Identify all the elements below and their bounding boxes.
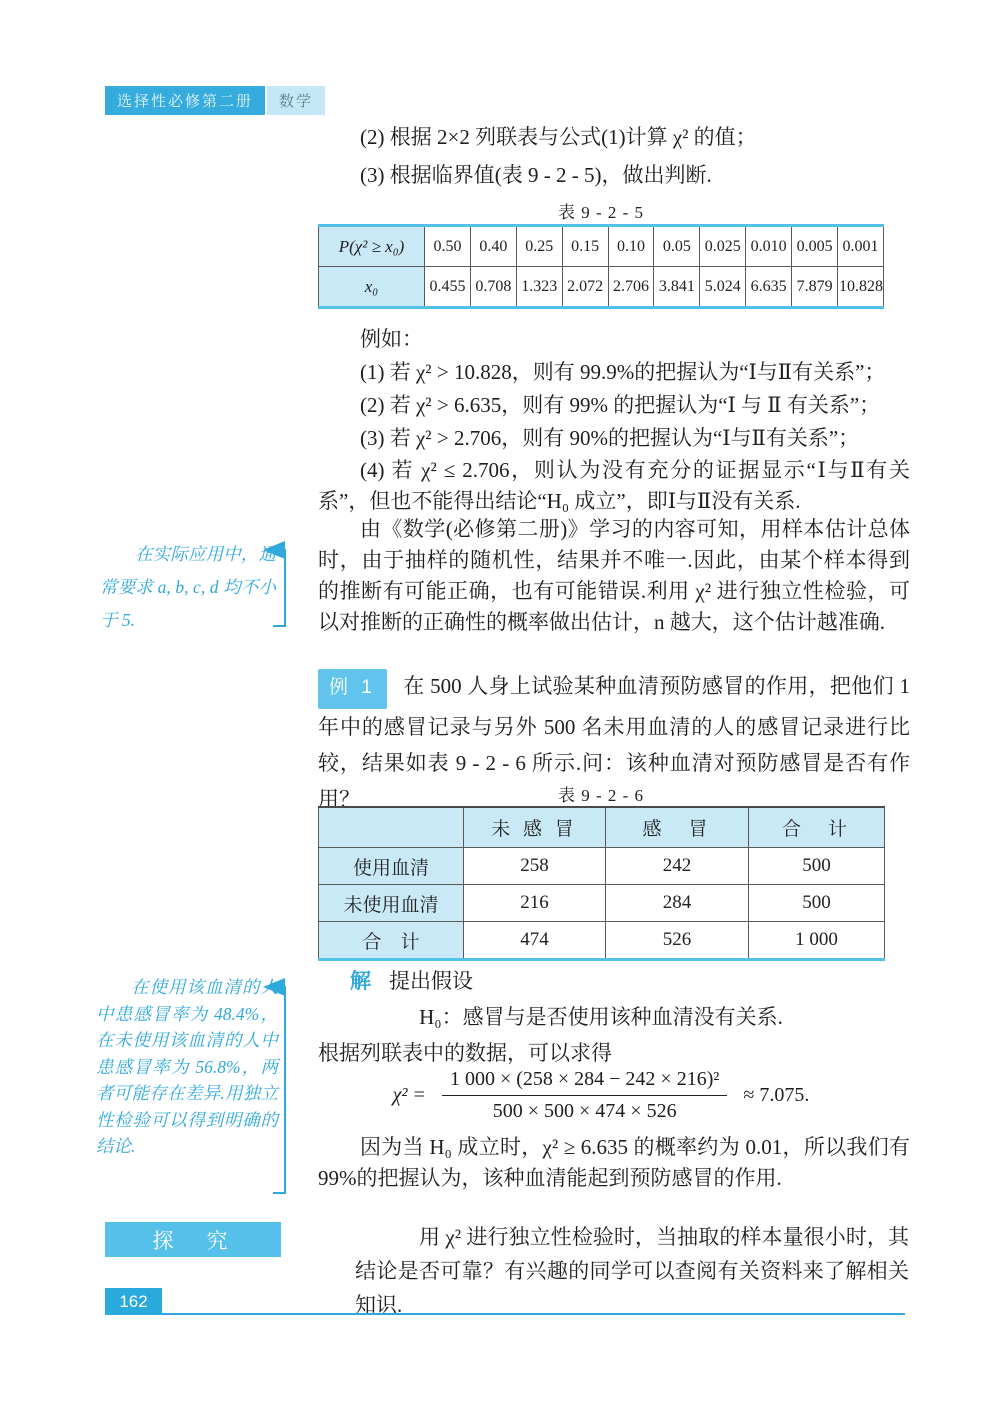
intro-step-2: (2) 根据 2×2 列联表与公式(1)计算 χ² 的值； <box>318 122 910 153</box>
prob-cell: 0.25 <box>516 226 562 267</box>
solution-conclusion: 因为当 H₀ 成立时，χ² ≥ 6.635 的概率约为 0.01，所以我们有 9… <box>318 1132 910 1194</box>
hypothesis-line: H₀：感冒与是否使用该种血清没有关系. <box>318 1002 884 1033</box>
header-badges: 选择性必修第二册 数学 <box>105 86 325 115</box>
x0-header-cell: x₀ <box>319 267 425 308</box>
solution-lead: 根据列联表中的数据，可以求得 <box>318 1038 910 1069</box>
prob-cell: 0.001 <box>838 226 884 267</box>
explore-paragraph: 用 χ² 进行独立性检验时，当抽取的样本量很小时，其结论是否可靠？有兴趣的同学可… <box>355 1220 909 1322</box>
data-cell: 242 <box>606 848 749 885</box>
x0-cell: 2.072 <box>562 267 608 308</box>
table-9-2-6-caption: 表 9 - 2 - 6 <box>318 781 884 806</box>
x0-cell: 10.828 <box>838 267 884 308</box>
prob-cell: 0.005 <box>792 226 838 267</box>
note-bracket <box>262 541 286 627</box>
prob-cell: 0.15 <box>562 226 608 267</box>
solution-heading: 解提出假设 <box>350 966 910 997</box>
footer-line <box>162 1313 905 1315</box>
row-label: 合 计 <box>319 922 464 960</box>
data-cell: 216 <box>464 885 606 922</box>
data-cell: 500 <box>749 848 885 885</box>
x0-cell: 6.635 <box>746 267 792 308</box>
margin-note-2: 在使用该血清的人中患感冒率为 48.4%，在未使用该血清的人中患感冒率为 56.… <box>96 974 278 1160</box>
flag-icon <box>263 541 285 559</box>
table-row: 未使用血清 216 284 500 <box>319 885 885 922</box>
col-header-total: 合 计 <box>749 807 885 848</box>
solution-step-title: 提出假设 <box>389 969 473 993</box>
x0-cell: 7.879 <box>792 267 838 308</box>
example-item-2: (2) 若 χ² > 6.635，则有 99% 的把握认为“Ⅰ 与 Ⅱ 有关系”… <box>318 390 910 421</box>
margin-note-1: 在实际应用中，通常要求 a, b, c, d 均不小于 5. <box>100 538 276 637</box>
example-1-badge: 例 1 <box>318 669 387 709</box>
data-cell: 1 000 <box>749 922 885 960</box>
table-row: x₀ 0.455 0.708 1.323 2.072 2.706 3.841 5… <box>319 267 884 308</box>
table-9-2-6: 未 感 冒 感 冒 合 计 使用血清 258 242 500 未使用血清 216… <box>318 806 885 961</box>
data-cell: 284 <box>606 885 749 922</box>
table-9-2-5: P(χ² ≥ x₀) 0.50 0.40 0.25 0.15 0.10 0.05… <box>318 224 884 309</box>
prob-cell: 0.40 <box>470 226 516 267</box>
col-header-no-cold: 未 感 冒 <box>464 807 606 848</box>
prob-header-cell: P(χ² ≥ x₀) <box>319 226 425 267</box>
data-cell: 258 <box>464 848 606 885</box>
example-item-3: (3) 若 χ² > 2.706，则有 90%的把握认为“Ⅰ与Ⅱ有关系”； <box>318 423 910 454</box>
col-header-cold: 感 冒 <box>606 807 749 848</box>
x0-cell: 3.841 <box>654 267 700 308</box>
prob-cell: 0.50 <box>425 226 471 267</box>
chi-square-formula: χ² = 1 000 × (258 × 284 − 242 × 216)² 50… <box>318 1068 884 1123</box>
formula-fraction: 1 000 × (258 × 284 − 242 × 216)² 500 × 5… <box>442 1068 727 1123</box>
flag-icon <box>263 978 285 996</box>
data-cell: 500 <box>749 885 885 922</box>
table-row: 合 计 474 526 1 000 <box>319 922 885 960</box>
subject-badge: 数学 <box>267 86 325 115</box>
note-bracket <box>262 978 286 1194</box>
intro-step-3: (3) 根据临界值(表 9 - 2 - 5)，做出判断. <box>318 160 910 191</box>
margin-note-1-text: 在实际应用中，通常要求 a, b, c, d 均不小于 5. <box>100 538 276 637</box>
x0-cell: 5.024 <box>700 267 746 308</box>
x0-cell: 0.708 <box>470 267 516 308</box>
table-9-2-5-caption: 表 9 - 2 - 5 <box>318 198 884 223</box>
x0-cell: 1.323 <box>516 267 562 308</box>
formula-lhs: χ² = <box>393 1084 426 1107</box>
explore-box: 探 究 <box>105 1222 281 1257</box>
example-item-1: (1) 若 χ² > 10.828，则有 99.9%的把握认为“Ⅰ与Ⅱ有关系”； <box>318 357 910 388</box>
textbook-page: 选择性必修第二册 数学 (2) 根据 2×2 列联表与公式(1)计算 χ² 的值… <box>0 0 1000 1402</box>
solution-label: 解 <box>350 969 371 993</box>
formula-numerator: 1 000 × (258 × 284 − 242 × 216)² <box>442 1068 727 1096</box>
row-label: 使用血清 <box>319 848 464 885</box>
prob-cell: 0.025 <box>700 226 746 267</box>
book-title-badge: 选择性必修第二册 <box>105 86 265 115</box>
x0-cell: 0.455 <box>425 267 471 308</box>
page-number-badge: 162 <box>105 1288 162 1315</box>
prob-cell: 0.010 <box>746 226 792 267</box>
table-row: P(χ² ≥ x₀) 0.50 0.40 0.25 0.15 0.10 0.05… <box>319 226 884 267</box>
table-header-row: 未 感 冒 感 冒 合 计 <box>319 807 885 848</box>
prob-cell: 0.05 <box>654 226 700 267</box>
data-cell: 474 <box>464 922 606 960</box>
prob-cell: 0.10 <box>608 226 654 267</box>
example-item-4: (4) 若 χ² ≤ 2.706，则认为没有充分的证据显示“Ⅰ与Ⅱ有关系”，但也… <box>318 455 910 517</box>
margin-note-2-text: 在使用该血清的人中患感冒率为 48.4%，在未使用该血清的人中患感冒率为 56.… <box>96 974 278 1160</box>
formula-denominator: 500 × 500 × 474 × 526 <box>442 1096 727 1123</box>
sampling-paragraph: 由《数学(必修第二册)》学习的内容可知，用样本估计总体时，由于抽样的随机性，结果… <box>318 514 910 638</box>
row-label: 未使用血清 <box>319 885 464 922</box>
data-cell: 526 <box>606 922 749 960</box>
table-row: 使用血清 258 242 500 <box>319 848 885 885</box>
examples-intro: 例如： <box>318 324 910 355</box>
corner-cell <box>319 807 464 848</box>
formula-result: ≈ 7.075. <box>743 1084 809 1107</box>
x0-cell: 2.706 <box>608 267 654 308</box>
